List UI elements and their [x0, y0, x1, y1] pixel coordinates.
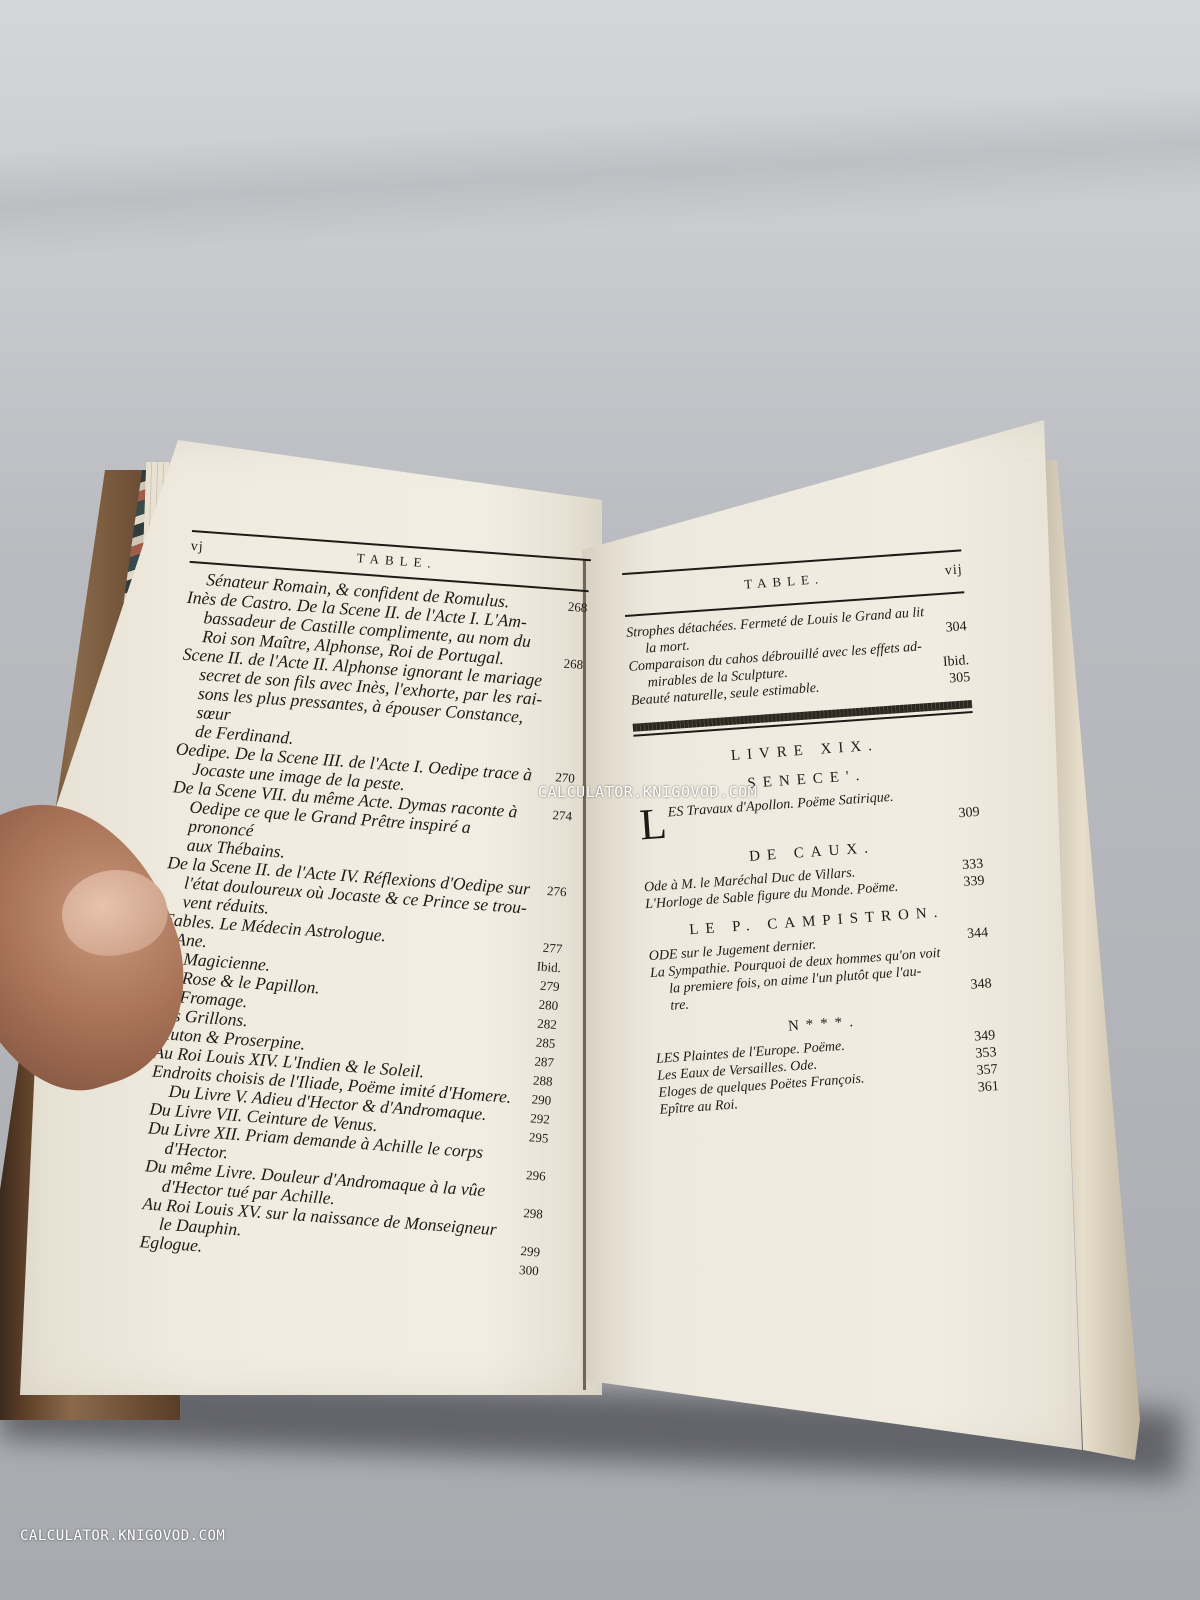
- toc-entry-page: 344: [960, 924, 989, 943]
- toc-entry-page: 285: [527, 1032, 556, 1053]
- toc-entry-page: 288: [524, 1070, 553, 1091]
- toc-entry-page: 274: [543, 805, 572, 826]
- toc-entry-page: 348: [963, 975, 992, 994]
- toc-entry-page: 361: [970, 1078, 999, 1097]
- page-number: vj: [190, 539, 204, 556]
- page-number: vij: [944, 562, 963, 579]
- toc-entry-page: 290: [523, 1089, 552, 1110]
- toc-entry-page: 268: [559, 596, 588, 617]
- toc-entry-page: 309: [951, 804, 980, 823]
- toc-entry-page: Ibid.: [940, 652, 969, 671]
- toc-entry-page: 298: [514, 1203, 543, 1224]
- toc-entry-page: 277: [534, 937, 563, 958]
- toc-entry-page: 296: [517, 1165, 546, 1186]
- toc-entry-page: 280: [530, 994, 559, 1015]
- author-sections: SENECE'.LES Travaux d'Apollon. Poëme Sat…: [637, 760, 1000, 1119]
- right-page-text: TABLE. vij Strophes détachées. Fermeté d…: [625, 591, 999, 1118]
- toc-entry-page: 292: [521, 1108, 550, 1129]
- toc-entry-page: 305: [942, 669, 971, 688]
- toc-entry-page: 304: [938, 618, 967, 637]
- toc-entry-page: 282: [528, 1013, 557, 1034]
- toc-entry-page: 268: [555, 653, 584, 674]
- background-shadow: [0, 89, 1200, 262]
- watermark-corner: CALCULATOR.KNIGOVOD.COM: [20, 1528, 225, 1544]
- toc-entry-page: 276: [538, 880, 567, 901]
- toc-entry-page: 353: [968, 1044, 997, 1063]
- toc-entry-page: 300: [510, 1259, 539, 1280]
- left-page-text: vj TABLE. Sénateur Romain, & confident d…: [139, 530, 591, 1280]
- toc-entry-list-top: Strophes détachées. Fermeté de Louis le …: [626, 601, 971, 710]
- toc-entry-page: 295: [520, 1127, 549, 1148]
- toc-entry-page: 349: [967, 1027, 996, 1046]
- toc-entry-list: Sénateur Romain, & confident de Romulus.…: [139, 569, 588, 1280]
- toc-entry-page: 299: [511, 1240, 540, 1261]
- toc-entry-page: 279: [531, 975, 560, 996]
- drop-cap: L: [638, 805, 667, 845]
- toc-entry-page: 357: [969, 1061, 998, 1080]
- book-gutter: [583, 560, 586, 1390]
- toc-entry-page: 339: [956, 873, 985, 892]
- toc-entry-page: Ibid.: [532, 956, 561, 977]
- watermark-center: CALCULATOR.KNIGOVOD.COM: [538, 783, 757, 801]
- toc-entry-page: 287: [525, 1051, 554, 1072]
- toc-entry-page: 333: [955, 856, 984, 875]
